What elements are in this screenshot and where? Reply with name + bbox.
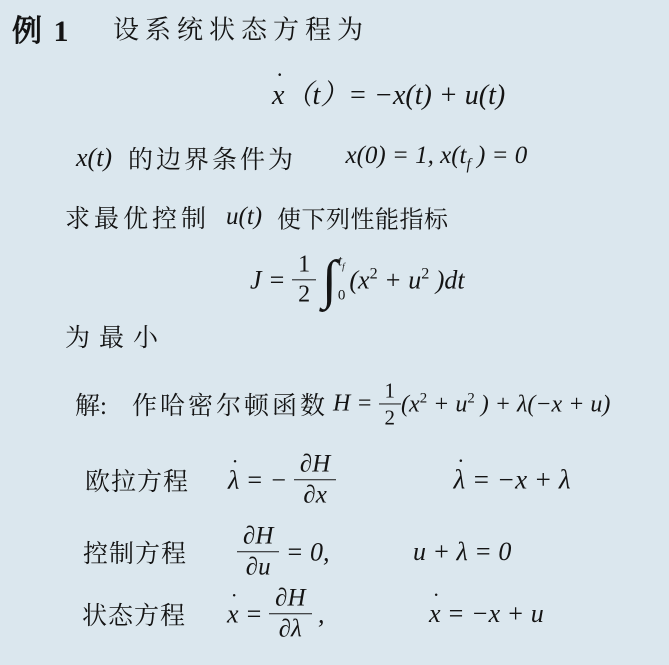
integrand: (x2 + u2 )dt [349, 265, 464, 295]
objective-post: 使下列性能指标 [277, 200, 449, 235]
boundary-variable: x(t) [76, 143, 112, 173]
euler-row: 欧拉方程 ˙λ = − ∂H ∂x ˙λ = −x + λ [0, 450, 669, 510]
objective-pre: 求最优控制 [65, 199, 210, 235]
x-dot-symbol: ˙x [272, 80, 284, 112]
hamiltonian-equation: H = 1 2 (x2 + u2 ) + λ(−x + u) [333, 379, 610, 428]
state-row: 状态方程 ˙x = ∂H ∂λ , ˙x = −x + u [0, 583, 669, 645]
one-half-fraction: 1 2 [379, 379, 402, 428]
performance-index-row: J = 1 2 ∫ tf 0 (x2 + u2 )dt [0, 245, 669, 315]
euler-label: 欧拉方程 [85, 462, 189, 498]
j-lhs: J = [250, 265, 292, 295]
control-variable: u(t) [226, 203, 262, 231]
h-lhs: H = [333, 391, 379, 418]
state-label: 状态方程 [82, 596, 186, 632]
solution-intro: 作哈密尔顿函数 [132, 386, 328, 422]
lambda-dot-symbol: ˙λ [454, 465, 466, 496]
euler-equation: ˙λ = − ∂H ∂x [228, 451, 336, 509]
lambda-dot-symbol: ˙λ [228, 465, 239, 495]
control-label: 控制方程 [83, 534, 187, 570]
one-half-fraction: 1 2 [292, 252, 316, 307]
x-dot-symbol: ˙x [429, 599, 441, 629]
integral-limits: tf 0 [338, 254, 346, 305]
solution-label: 解: [75, 386, 107, 422]
control-equation: ∂H ∂u = 0, [237, 523, 329, 581]
minimize-text: 为最小 [65, 318, 167, 354]
objective-row: 求最优控制 u(t) 使下列性能指标 [0, 196, 669, 238]
integral-upper-limit: tf [338, 253, 346, 272]
dH-dx-fraction: ∂H ∂x [294, 451, 336, 509]
state-result: ˙x = −x + u [390, 569, 544, 659]
dH-du-fraction: ∂H ∂u [237, 523, 279, 581]
state-canonical-equation: ˙x = ∂H ∂λ , [227, 585, 325, 643]
dH-dlambda-fraction: ∂H ∂λ [269, 585, 311, 643]
boundary-row: x(t) 的边界条件为 x(0) = 1, x(tf ) = 0 [0, 137, 669, 179]
boundary-condition: x(0) = 1, x(tf ) = 0 [308, 114, 527, 202]
minimize-row: 为最小 [0, 318, 669, 354]
integral-sign: ∫ [322, 254, 337, 305]
example-label: 例 1 [12, 6, 71, 50]
hamiltonian-body: (x2 + u2 ) + λ(−x + u) [401, 390, 610, 418]
control-row: 控制方程 ∂H ∂u = 0, u + λ = 0 [0, 521, 669, 583]
integral: ∫ tf 0 [322, 254, 345, 305]
integral-lower-limit: 0 [338, 288, 346, 305]
state-equation-row: ˙x（t）= −x(t) + u(t) [0, 70, 669, 116]
solution-row: 解: 作哈密尔顿函数 H = 1 2 (x2 + u2 ) + λ(−x + u… [0, 374, 669, 434]
x-dot-symbol: ˙x [227, 599, 239, 629]
slide: 例 1 设系统状态方程为 ˙x（t）= −x(t) + u(t) x(t) 的边… [0, 0, 669, 665]
boundary-label: 的边界条件为 [128, 140, 296, 176]
euler-result: ˙λ = −x + λ [413, 434, 571, 527]
performance-index-equation: J = 1 2 ∫ tf 0 (x2 + u2 )dt [250, 252, 465, 307]
control-result: u + λ = 0 [413, 537, 511, 567]
